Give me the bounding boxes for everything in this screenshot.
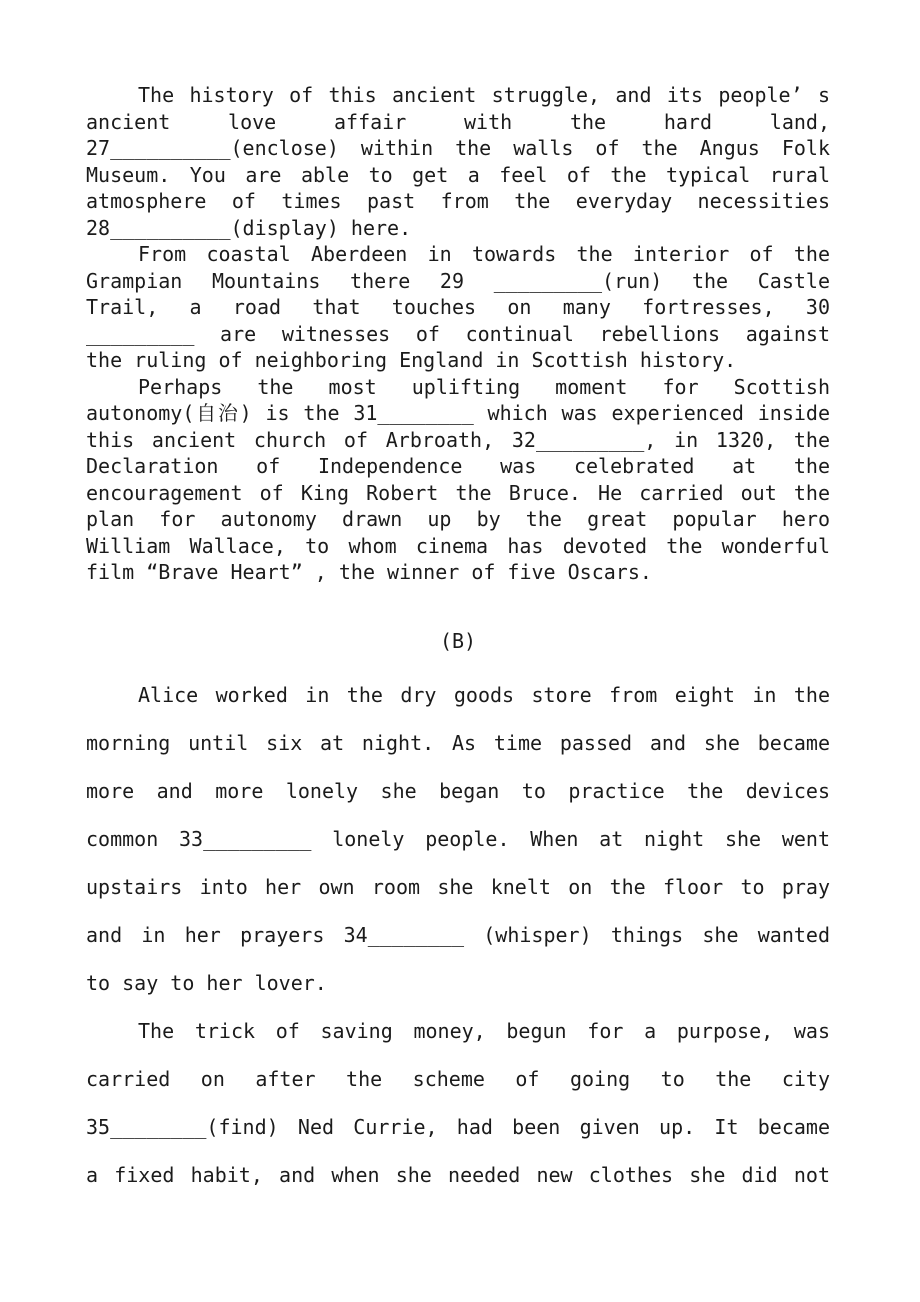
text-line: From coastal Aberdeen in towards the int… (86, 241, 830, 268)
text-line: William Wallace, to whom cinema has devo… (86, 533, 830, 560)
text-line: atmosphere of times past from the everyd… (86, 188, 830, 215)
section-b-header: (B) (86, 628, 830, 654)
section-a: The history of this ancient struggle, an… (86, 82, 830, 586)
text-line: morning until six at night. As time pass… (86, 719, 830, 767)
text-line: more and more lonely she began to practi… (86, 767, 830, 815)
text-line: Alice worked in the dry goods store from… (86, 671, 830, 719)
text-line: ancient love affair with the hard land, (86, 109, 830, 136)
text-line-blank-32: this ancient church of Arbroath, 32_____… (86, 427, 830, 454)
paragraph: The history of this ancient struggle, an… (86, 82, 830, 241)
text-line-blank-34: and in her prayers 34________ (whisper) … (86, 911, 830, 959)
text-line: Declaration of Independence was celebrat… (86, 453, 830, 480)
text-line-blank-33: common 33_________ lonely people. When a… (86, 815, 830, 863)
text-line-blank-31: autonomy(自治) is the 31________ which was… (86, 400, 830, 427)
text-line: The history of this ancient struggle, an… (86, 82, 830, 109)
text-line: to say to her lover. (86, 959, 830, 1007)
document-content: The history of this ancient struggle, an… (86, 82, 830, 1199)
paragraph: From coastal Aberdeen in towards the int… (86, 241, 830, 374)
text-line: plan for autonomy drawn up by the great … (86, 506, 830, 533)
paragraph: The trick of saving money, begun for a p… (86, 1007, 830, 1199)
text-line: the ruling of neighboring England in Sco… (86, 347, 830, 374)
text-line: Trail, a road that touches on many fortr… (86, 294, 830, 321)
paragraph: Perhaps the most uplifting moment for Sc… (86, 374, 830, 586)
text-line: The trick of saving money, begun for a p… (86, 1007, 830, 1055)
paragraph: Alice worked in the dry goods store from… (86, 671, 830, 1007)
text-line: encouragement of King Robert the Bruce. … (86, 480, 830, 507)
text-line: Museum. You are able to get a feel of th… (86, 162, 830, 189)
text-line: a fixed habit, and when she needed new c… (86, 1151, 830, 1199)
text-line: Perhaps the most uplifting moment for Sc… (86, 374, 830, 401)
text-line-blank-30: _________ are witnesses of continual reb… (86, 321, 830, 348)
text-line: carried on after the scheme of going to … (86, 1055, 830, 1103)
text-line-blank-28: 28__________(display) here. (86, 215, 830, 242)
text-line-blank-35: 35________(find) Ned Currie, had been gi… (86, 1103, 830, 1151)
text-line-blank-29: Grampian Mountains there 29 _________(ru… (86, 268, 830, 295)
section-b: Alice worked in the dry goods store from… (86, 671, 830, 1199)
document-page: The history of this ancient struggle, an… (0, 0, 830, 1199)
text-line: film “Brave Heart” , the winner of five … (86, 559, 830, 586)
text-line: upstairs into her own room she knelt on … (86, 863, 830, 911)
text-line-blank-27: 27__________(enclose) within the walls o… (86, 135, 830, 162)
